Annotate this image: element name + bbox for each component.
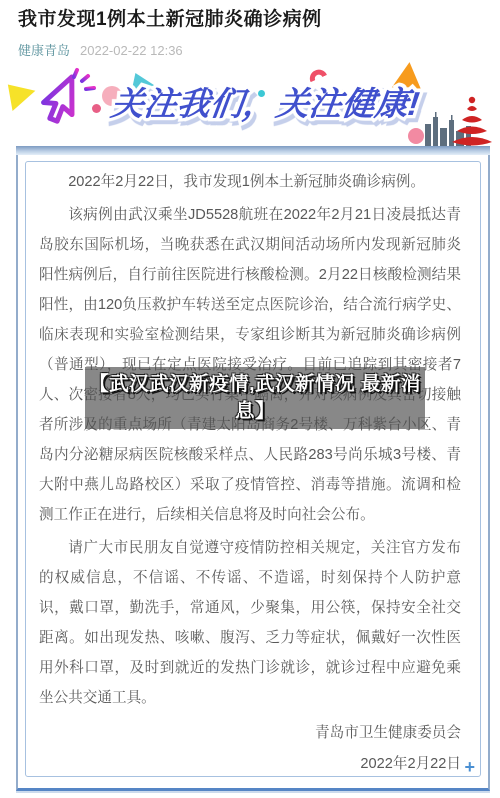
source-link[interactable]: 健康青岛 xyxy=(18,43,70,58)
content-frame: 2022年2月22日，我市发现1例本土新冠肺炎确诊病例。 该病例由武汉乘坐JD5… xyxy=(16,146,490,791)
frame-top-gradient-bar xyxy=(16,146,490,155)
qingdao-sculpture-skyline-icon xyxy=(424,90,496,146)
paragraph: 该病例由武汉乘坐JD5528航班在2022年2月21日凌晨抵达青岛胶东国际机场，… xyxy=(39,200,461,530)
click-cursor-icon xyxy=(28,66,100,138)
signature-org: 青岛市卫生健康委员会 xyxy=(39,718,461,749)
article-header: 我市发现1例本土新冠肺炎确诊病例 健康青岛2022-02-22 12:36 xyxy=(0,0,500,62)
red-arc-decor xyxy=(307,67,327,83)
plus-icon: + xyxy=(464,758,475,776)
article-meta: 健康青岛2022-02-22 12:36 xyxy=(18,40,482,59)
paragraph: 2022年2月22日，我市发现1例本土新冠肺炎确诊病例。 xyxy=(39,167,461,197)
article-title: 我市发现1例本土新冠肺炎确诊病例 xyxy=(18,7,482,33)
paragraph: 请广大市民朋友自觉遵守疫情防控相关规定，关注官方发布的权威信息，不信谣、不传谣、… xyxy=(39,533,461,713)
banner-slogan: 关注我们，关注健康! 关注我们，关注健康! xyxy=(97,82,433,128)
page-root: 我市发现1例本土新冠肺炎确诊病例 健康青岛2022-02-22 12:36 xyxy=(0,0,500,798)
publish-time: 2022-02-22 12:36 xyxy=(80,43,183,58)
content-inner-box: 2022年2月22日，我市发现1例本土新冠肺炎确诊病例。 该病例由武汉乘坐JD5… xyxy=(25,161,481,777)
follow-banner[interactable]: 关注我们，关注健康! 关注我们，关注健康! xyxy=(0,62,500,146)
signature-block: 青岛市卫生健康委员会 2022年2月22日 xyxy=(39,718,461,780)
pink-dot-right-decor xyxy=(408,128,424,144)
watermark-overlay: 【武汉武汉新疫情,武汉新情况 最新消息】 xyxy=(85,367,425,429)
signature-date: 2022年2月22日 xyxy=(39,749,461,780)
